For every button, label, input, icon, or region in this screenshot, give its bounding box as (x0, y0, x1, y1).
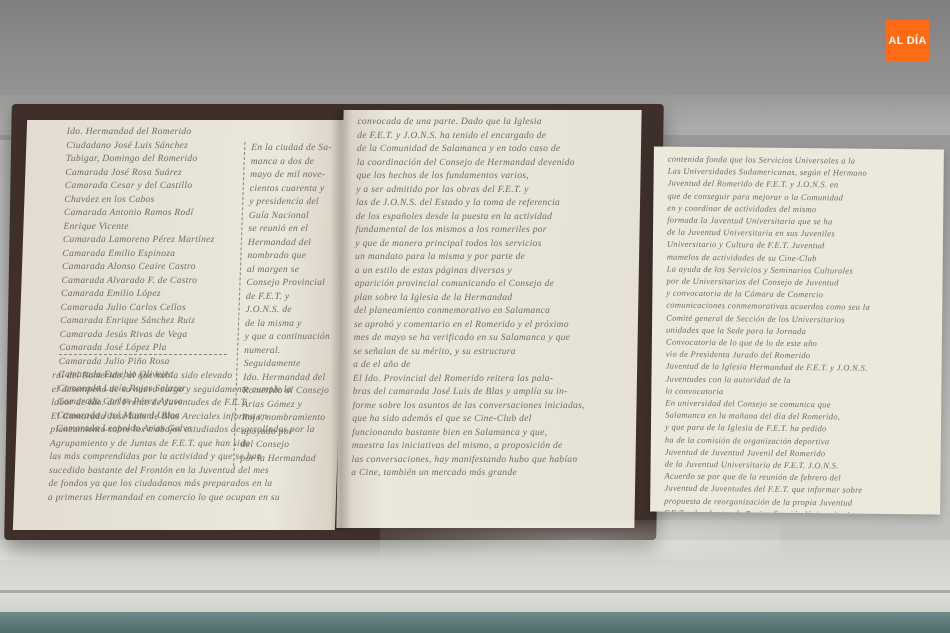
handwritten-line: que los hechos de los fundamentos varios… (356, 170, 636, 184)
book-spine-shadow (330, 110, 352, 530)
glass-glare (380, 520, 780, 560)
handwritten-line: la coordinación del Consejo de Hermandad… (357, 157, 637, 171)
handwritten-line: se aprobó y comentario en el Romerido y … (354, 319, 634, 333)
handwritten-line: y que a continuación (244, 331, 334, 345)
handwritten-line: Camarada José Rosa Suárez (65, 167, 230, 181)
loose-handwritten-sheet: contenida fonda que los Servicios Univer… (650, 146, 944, 514)
handwritten-line: y a ser admitido por las obras del F.E.T… (356, 184, 636, 198)
handwritten-line: Camarada Emilio Espinoza (62, 248, 227, 262)
handwritten-line: Camarada Julio Piño Rosa (58, 356, 223, 370)
handwritten-line: Ciudadano José Luis Sánchez (66, 140, 231, 154)
handwritten-line: las conversaciones, hay manifestando hub… (351, 454, 631, 468)
ledger-right-page: convocada de una parte. Dado que la Igle… (336, 110, 641, 528)
handwritten-line: al margen se (247, 264, 337, 278)
handwritten-line: mes de mayo se ha verificado en su Salam… (354, 332, 634, 346)
handwritten-line: muestra las iniciativas del mismo, a pro… (352, 440, 632, 454)
handwritten-line: Camarada Antonio Ramos Rodí (64, 207, 229, 221)
handwritten-line: El Camarada José Luis de Blas Areciales … (51, 411, 341, 425)
al-dia-watermark-logo: AL DÍA (886, 20, 929, 62)
handwritten-line: Camarada Jesús Rivas de Vega (59, 329, 224, 343)
handwritten-line: planeamiento sobre los trabajos estudiad… (50, 424, 340, 438)
handwritten-line: Camarada Alonso Ceaire Castro (62, 261, 227, 275)
handwritten-line: funcionando bastante bien en Salamanca y… (352, 427, 632, 441)
ledger-left-page: Ido. Hermandad del RomeridoCiudadano Jos… (13, 120, 349, 530)
handwritten-line: numeral. (244, 345, 334, 359)
handwritten-line: y que de manera principal todos los serv… (355, 238, 635, 252)
handwritten-line: El Ido. Provincial del Romerido reitera … (353, 373, 633, 387)
handwritten-line: Chaváez en los Cabos (64, 194, 229, 208)
handwritten-line: Camarada Lamoreno Pérez Martínez (63, 234, 228, 248)
dashed-divider (59, 354, 227, 355)
loose-sheet-text: contenida fonda que los Servicios Univer… (664, 153, 936, 515)
handwritten-line: Camarada Enrique Sánchez Ruiz (60, 315, 225, 329)
handwritten-line: a de el año de (353, 359, 633, 373)
handwritten-line: de la Comunidad de Salamanca y en todo c… (357, 143, 637, 157)
handwritten-line: Camarada Alvarado F. de Castro (61, 275, 226, 289)
handwritten-line: las de J.O.N.S. del Estado y la toma de … (356, 197, 636, 211)
handwritten-line: se señalan de su mérito, y su estructura (353, 346, 633, 360)
handwritten-line: se reunió en el (248, 223, 338, 237)
handwritten-line: sucedido bastante del Frontón en la Juve… (49, 465, 339, 479)
handwritten-line: a primeras Hermandad en comercio lo que … (48, 492, 338, 506)
handwritten-line: el desempeño de su nuevo cargo y seguida… (51, 384, 341, 398)
handwritten-line: de F.E.T. y J.O.N.S. ha tenido el encarg… (357, 130, 637, 144)
handwritten-line: Enrique Vicente (63, 221, 228, 235)
handwritten-line: forme sobre los asuntos de las conversac… (352, 400, 632, 414)
handwritten-line: un mandato para la misma y por parte de (355, 251, 635, 265)
handwritten-line: de los españoles desde la puesta en la a… (356, 211, 636, 225)
handwritten-line: que ha sido además el que se Cine-Club d… (352, 413, 632, 427)
handwritten-line: Camarada Cesar y del Castillo (65, 180, 230, 194)
handwritten-line: Tubigar, Domingo del Romerido (66, 153, 231, 167)
handwritten-line: J.O.N.S. de (245, 304, 335, 318)
handwritten-line: labor de Ido. del Frente de Juventudes d… (51, 397, 341, 411)
handwritten-line: plan sobre la Iglesia de la Hermandad (354, 292, 634, 306)
handwritten-line: las más comprendidas por la actividad y … (49, 451, 339, 465)
handwritten-line: Consejo Provincial (246, 277, 336, 291)
handwritten-line: En la ciudad de Sa- (251, 142, 341, 156)
handwritten-line: a Cine, también un mercado más grande (351, 467, 631, 481)
handwritten-line: mayo de mil nove- (250, 169, 340, 183)
display-case-plinth (0, 612, 950, 633)
handwritten-line: Ido. Hermandad del Romerido (66, 126, 231, 140)
handwritten-line: de la misma y (245, 318, 335, 332)
handwritten-line: Hermandad del (248, 237, 338, 251)
handwritten-line: a un estilo de estas páginas diversas y (355, 265, 635, 279)
right-page-text: convocada de una parte. Dado que la Igle… (351, 116, 637, 481)
handwritten-line: Camarada Emilio López (61, 288, 226, 302)
handwritten-line: aparición provincial comunicando el Cons… (354, 278, 634, 292)
display-case-rim (0, 590, 950, 593)
handwritten-line: Guía Nacional (249, 210, 339, 224)
left-page-bottom-text: ral del Romerido, al que había sido elev… (48, 370, 343, 505)
handwritten-line: cientos cuarenta y (250, 183, 340, 197)
handwritten-line: Agrupamiento y de Juntas de F.E.T. que h… (50, 438, 340, 452)
handwritten-line: del planeamiento conmemorativo en Salama… (354, 305, 634, 319)
handwritten-line: y presidencia del (249, 196, 339, 210)
handwritten-line: convocada de una parte. Dado que la Igle… (357, 116, 637, 130)
handwritten-line: bras del camarada José Luis de Blas y am… (353, 386, 633, 400)
handwritten-line: de fondos ya que los ciudadanos más prep… (48, 478, 338, 492)
handwritten-line: fundamental de los mismos a los romerile… (355, 224, 635, 238)
handwritten-line: Camarada Julio Carlos Cellos (60, 302, 225, 316)
handwritten-line: de F.E.T. y (246, 291, 336, 305)
handwritten-line: manca a dos de (250, 156, 340, 170)
handwritten-line: ral del Romerido, al que había sido elev… (52, 370, 342, 384)
watermark-label: AL DÍA (888, 35, 926, 47)
handwritten-line: nombrado que (247, 250, 337, 264)
